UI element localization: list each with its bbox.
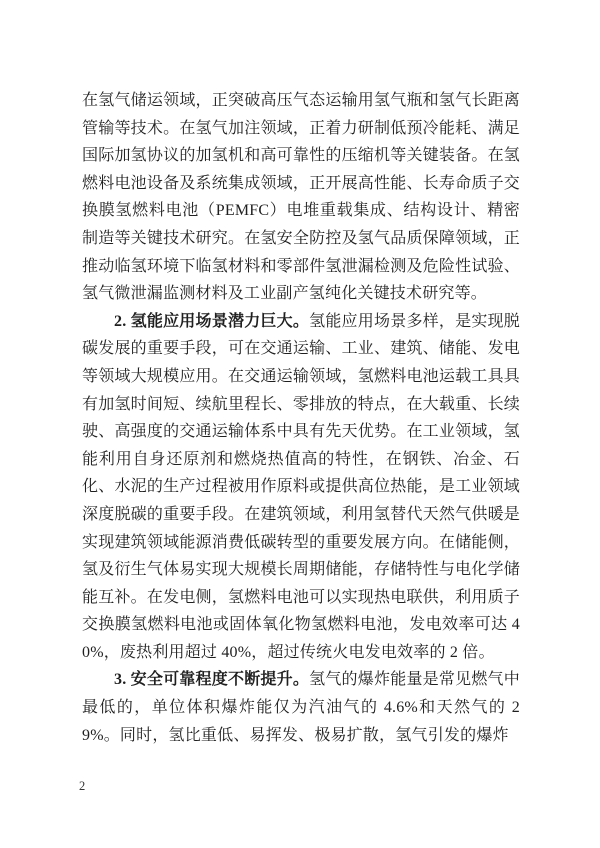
paragraph-text: 在氢气储运领域，正突破高压气态运输用氢气瓶和氢气长距离管输等技术。在氢气加注领域… <box>82 92 520 302</box>
section-2-heading: 2. 氢能应用场景潜力巨大。 <box>114 313 309 330</box>
document-page: 在氢气储运领域，正突破高压气态运输用氢气瓶和氢气长距离管输等技术。在氢气加注领域… <box>0 0 600 848</box>
paragraph-text: 氢能应用场景多样，是实现脱碳发展的重要手段，可在交通运输、工业、建筑、储能、发电… <box>82 313 520 661</box>
paragraph-section-2: 2. 氢能应用场景潜力巨大。氢能应用场景多样，是实现脱碳发展的重要手段，可在交通… <box>82 308 520 667</box>
section-3-heading: 3. 安全可靠程度不断提升。 <box>114 671 309 688</box>
paragraph-section-3: 3. 安全可靠程度不断提升。氢气的爆炸能量是常见燃气中最低的，单位体积爆炸能仅为… <box>82 666 520 749</box>
document-body: 在氢气储运领域，正突破高压气态运输用氢气瓶和氢气长距离管输等技术。在氢气加注领域… <box>82 87 520 749</box>
paragraph-continuation: 在氢气储运领域，正突破高压气态运输用氢气瓶和氢气长距离管输等技术。在氢气加注领域… <box>82 87 520 308</box>
page-number: 2 <box>79 778 85 794</box>
